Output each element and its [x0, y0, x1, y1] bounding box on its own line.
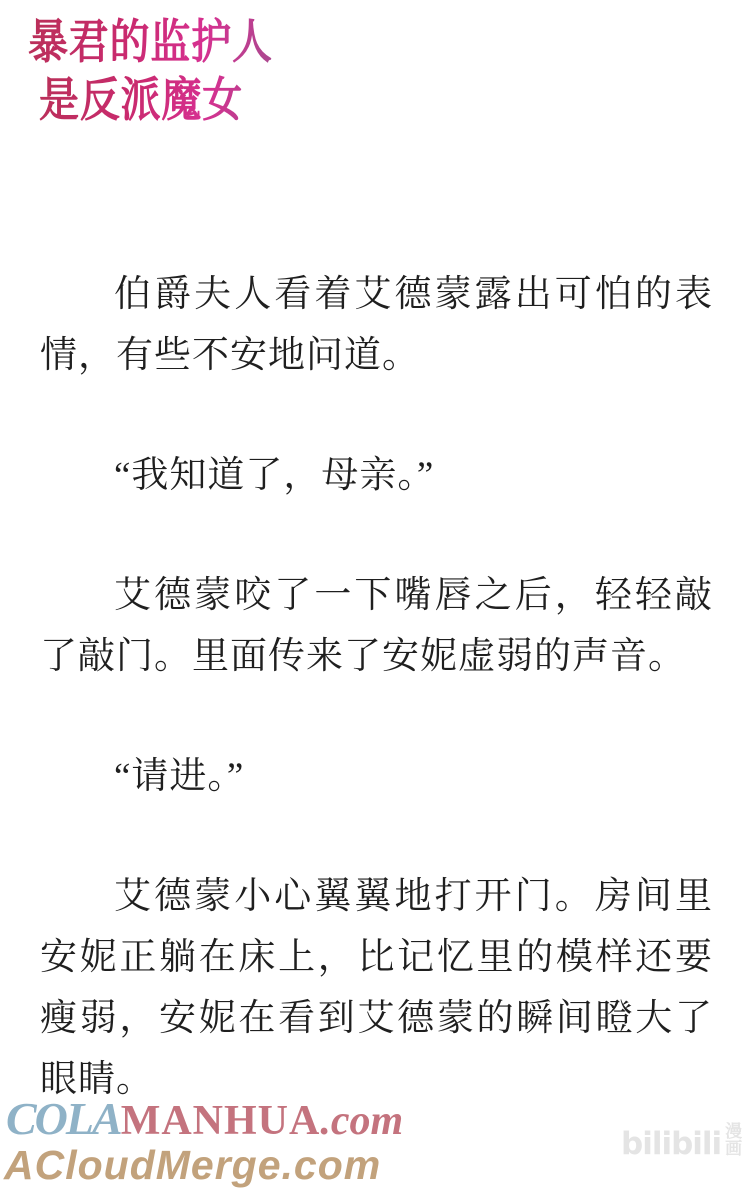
bilibili-wordmark: bilibili [621, 1124, 721, 1164]
bilibili-manhua-char-2: 画 [725, 1141, 742, 1158]
paragraph: 艾德蒙咬了一下嘴唇之后，轻轻敲了敲门。里面传来了安妮虚弱的声音。 [40, 565, 713, 687]
bilibili-manhua-label: 漫 画 [725, 1124, 742, 1158]
colamanhua-com-text: .com [320, 1098, 403, 1144]
series-logo-line-2: 是反派魔女 [39, 72, 273, 130]
watermark-colamanhua: COLAMANHUA.com [6, 1092, 403, 1145]
colamanhua-manhua-text: MANHUA [121, 1098, 321, 1144]
series-logo: 暴君的监护人 是反派魔女 [28, 14, 273, 130]
paragraph-dialogue: “我知道了，母亲。” [40, 445, 713, 506]
series-logo-line-1: 暴君的监护人 [28, 14, 273, 72]
paragraph: 艾德蒙小心翼翼地打开门。房间里安妮正躺在床上，比记忆里的模样还要瘦弱，安妮在看到… [40, 866, 713, 1110]
paragraph: 伯爵夫人看着艾德蒙露出可怕的表情，有些不安地问道。 [40, 264, 713, 386]
watermark-acloudmerge: ACloudMerge.com [4, 1142, 381, 1189]
colamanhua-cola-text: COLA [6, 1093, 121, 1144]
watermark-bilibili-manga: bilibili 漫 画 [621, 1124, 742, 1164]
novel-text-page: 伯爵夫人看着艾德蒙露出可怕的表情，有些不安地问道。 “我知道了，母亲。” 艾德蒙… [40, 264, 713, 1110]
paragraph-dialogue: “请进。” [40, 746, 713, 807]
